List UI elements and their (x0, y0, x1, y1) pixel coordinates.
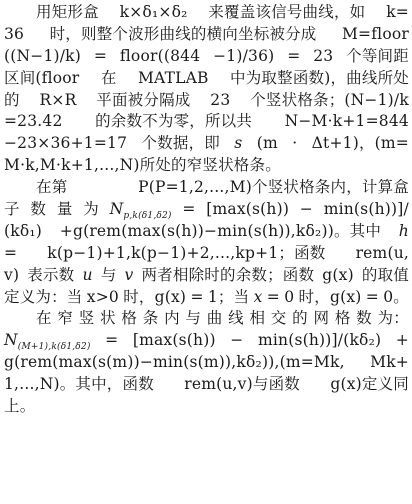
text-token: 个数据，即 (141, 133, 220, 155)
text-line: 区间(floor在MATLAB中为取整函数)，曲线所处 (0, 68, 412, 90)
paragraph-box-covering-description: 用矩形盒k×δ₁×δ₂来覆盖该信号曲线，如k=36时，则整个波形曲线的横向坐标被… (0, 2, 412, 177)
text-token: k×δ₁×δ₂ (120, 2, 188, 24)
text-token: 量 (57, 199, 73, 221)
text-token: (kδ₁) (4, 221, 42, 243)
text-token: 子 (4, 199, 20, 221)
text-token: x (254, 287, 263, 309)
text-line: =k(p−1)+1,k(p−1)+2,...,kp+1；函数rem(u, (0, 243, 412, 265)
text-line: 用矩形盒k×δ₁×δ₂来覆盖该信号曲线，如k= (0, 2, 412, 24)
text-token: 用矩形盒 (36, 2, 99, 24)
text-line: g(rem(max(s(m))−min(s(m)),kδ₂)),(m=Mk,Mk… (0, 352, 412, 374)
text-token: 与 (101, 265, 117, 287)
document-page: 用矩形盒k×δ₁×δ₂来覆盖该信号曲线，如k=36时，则整个波形曲线的横向坐标被… (0, 0, 412, 504)
text-token: 表示数 (27, 265, 74, 287)
text-token: x>0 (87, 287, 119, 309)
text-token: v) (4, 265, 19, 287)
text-token: 数 (356, 308, 372, 330)
text-token: 在 (101, 68, 117, 90)
text-token: 状 (100, 308, 116, 330)
text-line: M·k,M·k+1,...,N)所处的窄竖状格条。 (0, 155, 412, 177)
text-token: 上。 (4, 396, 35, 418)
text-token: 23 (210, 90, 230, 112)
text-token: +g(rem(max(s(h))−min(s(h)),kδ₂))。其中 (60, 221, 381, 243)
text-token: R×R (40, 90, 77, 112)
text-token: = (4, 243, 17, 265)
text-token: v (124, 265, 133, 287)
text-token: g(x) (322, 265, 354, 287)
text-line: 上。 (0, 396, 412, 418)
text-token: 的取值 (362, 265, 409, 287)
text-token: 时，g(x) (299, 287, 362, 309)
text-token: 1,...,N)。其中，函数 (4, 374, 154, 396)
text-token: min(s(h))]/ (324, 199, 409, 221)
text-token: 中为取整函数)，曲线所处 (230, 68, 409, 90)
text-token: 内 (164, 308, 180, 330)
text-token: N(M+1),k(δ1,δ2) (4, 330, 91, 352)
text-token: Np,k(δ1,δ2) (110, 199, 172, 221)
text-token: 1；当 (208, 287, 249, 309)
text-token: [max(s(h)) (133, 330, 216, 352)
text-token: 竖 (79, 308, 95, 330)
text-token: 0。 (383, 287, 409, 309)
text-token: g(rem(max(s(m))−min(s(m)),kδ₂)),(m=Mk, (4, 352, 345, 374)
text-token: 线 (228, 308, 244, 330)
text-line: 的R×R平面被分隔成23个竖状格条；(N−1)/k (0, 90, 412, 112)
text-token: k(p−1)+1,k(p−1)+2,...,kp+1；函数 (47, 243, 325, 265)
text-line: 1,...,N)。其中，函数rem(u,v)与函数g(x)定义同 (0, 374, 412, 396)
text-token: 在第 (36, 177, 67, 199)
text-line: (kδ₁)+g(rem(max(s(h))−min(s(h)),kδ₂))。其中… (0, 221, 412, 243)
text-token: = (287, 46, 300, 68)
text-token: 条 (143, 308, 159, 330)
text-token: −23×36+1=17 (4, 133, 127, 155)
text-token: [max(s(h)) (206, 199, 289, 221)
text-token: 时，g(x) (123, 287, 186, 309)
text-line: 在窄竖状格条内与曲线相交的网格数为： (0, 308, 412, 330)
text-token: 0 (284, 287, 294, 309)
paragraph-box-count-per-strip: 在第P(P=1,2,...,M)个竖状格条内，计算盒子数量为Np,k(δ1,δ2… (0, 177, 412, 308)
text-token: = (190, 287, 203, 309)
text-token: 的余数不为零，所以共 (95, 111, 252, 133)
text-token: = (267, 287, 280, 309)
paragraph-narrow-strip-grid-count: 在窄竖状格条内与曲线相交的网格数为：N(M+1),k(δ1,δ2)=[max(s… (0, 308, 412, 417)
text-token: M·k,M·k+1,...,N)所处的窄竖状格条。 (4, 155, 281, 177)
text-token: 个竖状格条；(N−1)/k (250, 90, 409, 112)
text-token: 网 (313, 308, 329, 330)
text-token: 来覆盖该信号曲线，如 (208, 2, 365, 24)
text-token: MATLAB (138, 68, 209, 90)
text-token: Mk+ (370, 352, 409, 374)
text-token: 36 (4, 24, 24, 46)
text-token: h (399, 221, 409, 243)
text-token: floor((844 (120, 46, 200, 68)
text-token: = (105, 330, 118, 352)
text-token: min(s(h))]/(kδ₂) (258, 330, 381, 352)
text-token: 时，则整个波形曲线的横向坐标被分成 (50, 24, 317, 46)
text-token: ((N−1)/k) (4, 46, 81, 68)
text-token: 数 (30, 199, 46, 221)
text-line: ((N−1)/k)=floor((844−1)/36)=23个等间距 (0, 46, 412, 68)
text-token: s (234, 133, 242, 155)
text-token: 格 (335, 308, 351, 330)
text-token: 23 (313, 46, 333, 68)
text-token: 窄 (57, 308, 73, 330)
text-token: M=floor (342, 24, 409, 46)
text-line: 定义为：当x>0时，g(x)=1；当x=0时，g(x)=0。 (0, 287, 412, 309)
text-token: u (82, 265, 92, 287)
text-token: 的 (4, 90, 20, 112)
text-line: 36时，则整个波形曲线的横向坐标被分成M=floor (0, 24, 412, 46)
text-token: 两者相除时的余数；函数 (142, 265, 315, 287)
text-token: · (292, 133, 297, 155)
text-token: 区间(floor (4, 68, 79, 90)
text-token: 在 (36, 308, 52, 330)
text-token: − (300, 199, 313, 221)
text-token: = (366, 287, 379, 309)
text-token: + (396, 330, 409, 352)
text-token: 曲 (207, 308, 223, 330)
text-line: N(M+1),k(δ1,δ2)=[max(s(h))−min(s(h))]/(k… (0, 330, 412, 352)
text-line: v)表示数u与v两者相除时的余数；函数g(x)的取值 (0, 265, 412, 287)
text-token: Δt+1)，(m= (312, 133, 409, 155)
text-token: 的 (292, 308, 308, 330)
text-token: 定义为：当 (4, 287, 83, 309)
text-line: 在第P(P=1,2,...,M)个竖状格条内，计算盒 (0, 177, 412, 199)
text-line: =23.42的余数不为零，所以共N−M·k+1=844 (0, 111, 412, 133)
text-token: 格 (121, 308, 137, 330)
text-token: (m (257, 133, 278, 155)
text-line: 子数量为Np,k(δ1,δ2)=[max(s(h))−min(s(h))]/ (0, 199, 412, 221)
text-token: 个等间距 (346, 46, 409, 68)
text-token: − (230, 330, 243, 352)
text-token: k= (386, 2, 409, 24)
document-body: 用矩形盒k×δ₁×δ₂来覆盖该信号曲线，如k=36时，则整个波形曲线的横向坐标被… (0, 2, 412, 418)
text-token: = (182, 199, 195, 221)
text-token: P(P=1,2,...,M)个竖状格条内，计算盒 (138, 177, 409, 199)
text-token: 交 (271, 308, 287, 330)
text-token: −1)/36) (213, 46, 274, 68)
text-token: g(x)定义同 (330, 374, 409, 396)
text-token: rem(u,v)与函数 (184, 374, 300, 396)
text-token: 为 (83, 199, 99, 221)
text-token: 相 (249, 308, 265, 330)
text-token: 与 (185, 308, 201, 330)
text-token: rem(u, (356, 243, 409, 265)
text-token: =23.42 (4, 111, 63, 133)
text-token: 平面被分隔成 (96, 90, 190, 112)
text-token: N−M·k+1=844 (285, 111, 409, 133)
text-token: 为： (378, 308, 409, 330)
text-token: = (94, 46, 107, 68)
text-line: −23×36+1=17个数据，即s(m·Δt+1)，(m= (0, 133, 412, 155)
